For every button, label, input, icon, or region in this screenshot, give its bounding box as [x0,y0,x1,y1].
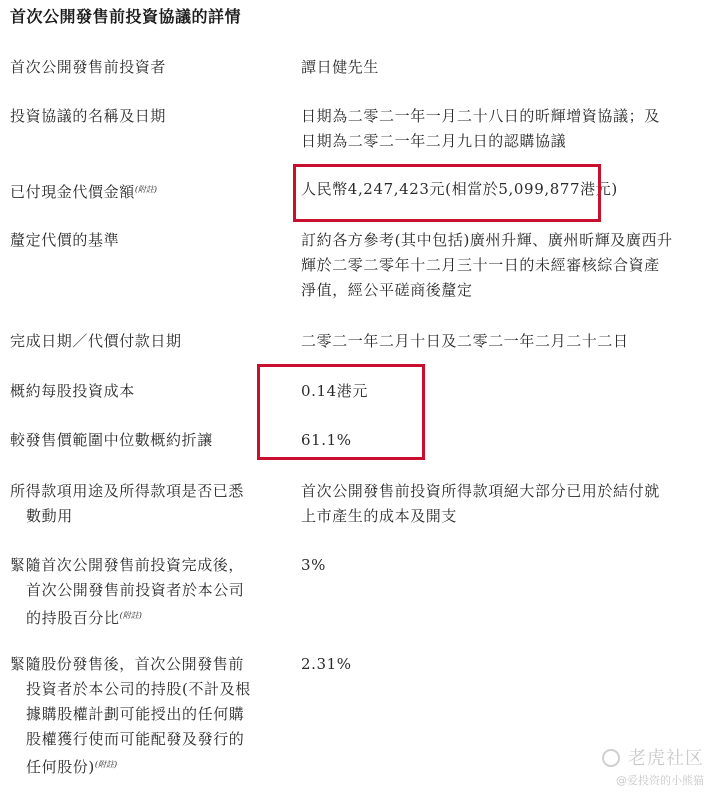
row-value: 3% [301,553,691,578]
row-label: 完成日期／代價付款日期 [10,329,255,354]
watermark-logo: 老虎社区 [602,744,704,770]
row-value: 2.31% [301,652,691,677]
row-label: 所得款項用途及所得款項是否已悉 數動用 [10,479,255,529]
row-value: 譚日健先生 [301,55,691,80]
note-marker: (附註) [135,185,157,194]
row-label: 已付現金代價金額(附註) [10,177,255,205]
row-label: 釐定代價的基準 [10,228,255,253]
row-label: 緊隨首次公開發售前投資完成後， 首次公開發售前投資者於本公司 的持股百分比(附註… [10,553,255,631]
tiger-logo-icon [602,749,620,767]
row-label: 首次公開發售前投資者 [10,55,255,80]
highlight-box-cost-and-discount [257,364,425,460]
highlight-box-cash-consideration [293,164,601,222]
row-label: 概約每股投資成本 [10,379,255,404]
row-value: 首次公開發售前投資所得款項絕大部分已用於結付就 上市產生的成本及開支 [301,479,691,529]
watermark-user: @爱投资的小熊猫 [616,772,704,788]
row-value: 二零二一年二月十日及二零二一年二月二十二日 [301,329,691,354]
section-title: 首次公開發售前投資協議的詳情 [10,4,241,27]
note-marker: (附註) [120,611,142,620]
row-label: 緊隨股份發售後，首次公開發售前 投資者於本公司的持股(不計及根 據購股權計劃可能… [10,652,255,780]
row-label: 較發售價範圍中位數概約折讓 [10,428,255,453]
row-value: 日期為二零二一年一月二十八日的昕輝增資協議；及 日期為二零二一年二月九日的認購協… [301,104,691,154]
note-marker: (附註) [95,760,117,769]
row-value: 訂約各方參考(其中包括)廣州升輝、廣州昕輝及廣西升 輝於二零二零年十二月三十一日… [301,228,691,303]
row-label: 投資協議的名稱及日期 [10,104,255,129]
